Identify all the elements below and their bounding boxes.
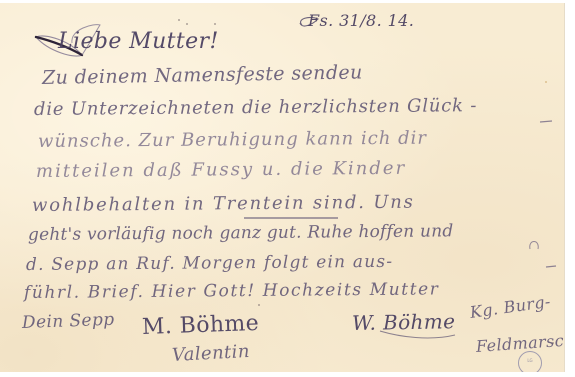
stamp-text: LG (519, 358, 541, 363)
body-line-8: führl. Brief. Hier Gott! Hochzeits Mutte… (24, 279, 440, 303)
date-line: Fs. 31/8. 14. (308, 11, 414, 30)
body-line-6: geht's vorläufig noch ganz gut. Ruhe hof… (28, 221, 454, 245)
paper-speck (258, 304, 260, 306)
paper-speck (186, 23, 188, 25)
greeting: Liebe Mutter! (58, 29, 219, 54)
body-line-1: Zu deinem Namensfeste sendeu (42, 61, 363, 89)
signature-w-bohme: W. Böhme (352, 309, 456, 335)
paper-speck (214, 23, 216, 25)
paper-speck (178, 19, 180, 21)
paper-edge (564, 3, 565, 372)
paper-speck (545, 81, 547, 83)
body-line-5: wohlbehalten in Trentein sind. Uns (32, 192, 415, 216)
body-line-3: wünsche. Zur Beruhigung kann ich dir (38, 128, 427, 152)
signature-m-bohme: M. Böhme (142, 311, 260, 340)
signature-kg-burg: Kg. Burg- (469, 292, 552, 322)
closing-line: Dein Sepp (22, 310, 115, 333)
body-line-4: mitteilen daß Fussy u. die Kinder (36, 158, 406, 182)
signature-feldmarsch: Feldmarsch (475, 330, 564, 356)
body-line-7: d. Sepp an Ruf. Morgen folgt ein aus- (26, 252, 393, 275)
postcard-paper: Fs. 31/8. 14. Liebe Mutter! Zu deinem Na… (0, 3, 564, 372)
body-line-2: die Unterzeichneten die herzlichsten Glü… (34, 95, 477, 120)
paper-speck (552, 342, 554, 344)
archive-stamp: LG (518, 351, 542, 372)
signature-valentin: Valentin (171, 341, 250, 366)
